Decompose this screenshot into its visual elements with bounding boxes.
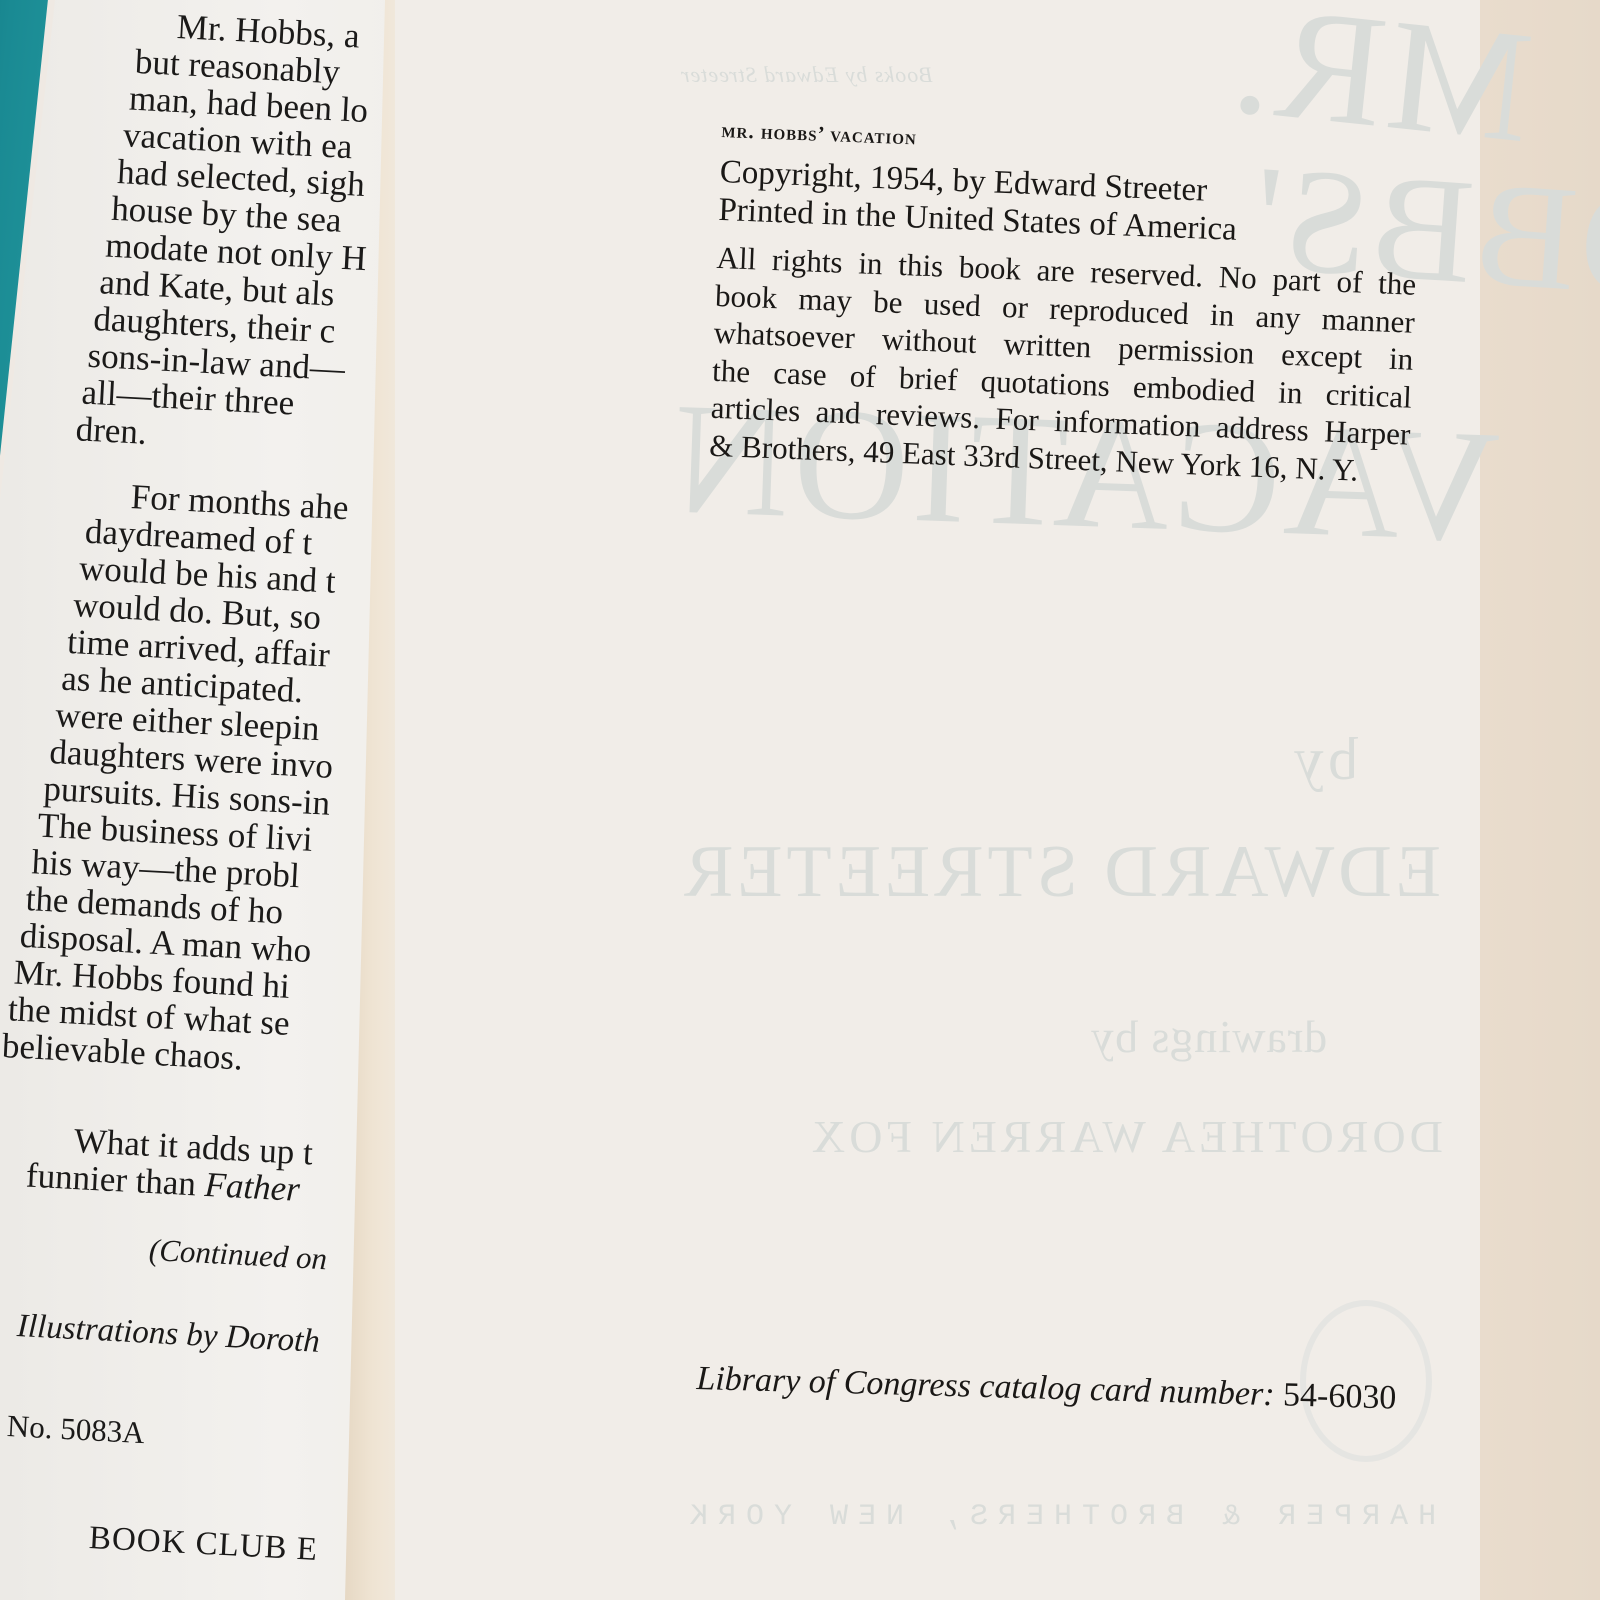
show-through-author: EDWARD STREETER <box>680 830 1441 915</box>
flap-continued-note: (Continued on <box>148 1232 328 1277</box>
flap-paragraph-1: Mr. Hobbs, a but reasonably man, had bee… <box>155 8 379 462</box>
flap-illustrations-credit: Illustrations by Doroth <box>16 1308 321 1361</box>
show-through-by: by <box>1290 725 1358 794</box>
flap-catalog-number: No. 5083A <box>6 1408 145 1451</box>
show-through-publisher: HARPER & BROTHERS, NEW YORK <box>680 1500 1436 1534</box>
flap-paragraph-3: What it adds up t funnier than Father <box>71 1122 314 1208</box>
copyright-block: Mr. Hobbs’ Vacation Copyright, 1954, by … <box>709 118 1422 491</box>
loc-number: 54-6030 <box>1283 1376 1397 1416</box>
book-photo: Mr. Hobbs, a but reasonably man, had bee… <box>0 0 1600 1600</box>
jacket-flap-text-area: Mr. Hobbs, a but reasonably man, had bee… <box>0 0 400 1600</box>
show-through-books-by: Books by Edward Streeter <box>680 62 933 88</box>
show-through-illustrator: DOROTHEA WARREN FOX <box>808 1110 1443 1163</box>
flap-book-club-label: BOOK CLUB E <box>88 1520 319 1569</box>
rights-reserved-paragraph: All rights in this book are reserved. No… <box>709 239 1417 491</box>
flap-text-plain: funnier than <box>25 1156 206 1204</box>
show-through-drawings-by: drawings by <box>1090 1010 1327 1063</box>
flap-text-italic-title: Father <box>204 1165 301 1209</box>
flap-paragraph-2: For months ahe daydreamed of t would be … <box>101 478 349 1081</box>
